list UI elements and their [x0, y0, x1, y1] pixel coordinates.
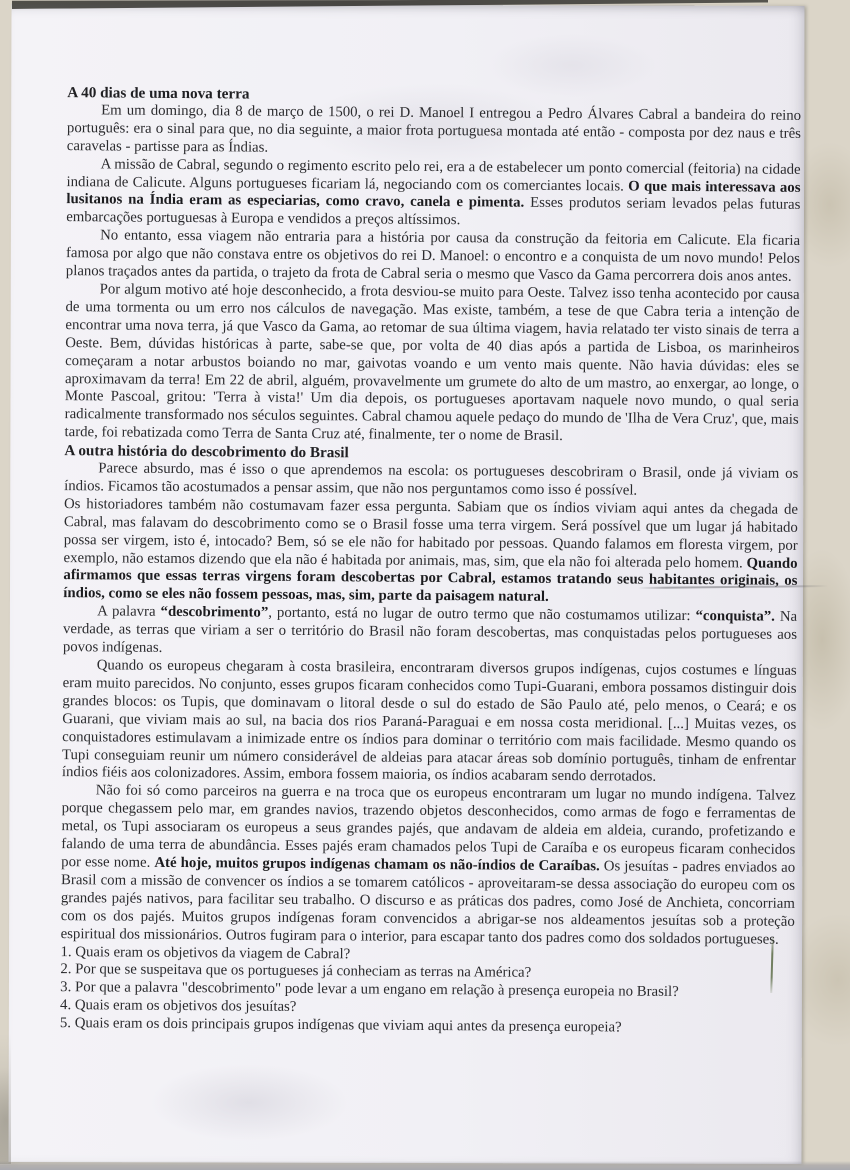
paragraph-grupos-indigenas: Quando os europeus chegaram à costa bras…: [62, 657, 797, 788]
scanner-background: A 40 dias de uma nova terra Em um doming…: [0, 0, 850, 1170]
scanner-bottom-edge: [0, 1161, 850, 1170]
paragraph-pajes-jesuitas: Não foi só como parceiros na guerra e na…: [61, 782, 796, 949]
paragraph-palavra-descobrimento: A palavra “descobrimento”, portanto, est…: [63, 603, 797, 662]
text-run: Quando os europeus chegaram à costa bras…: [62, 657, 797, 785]
document-content: A 40 dias de uma nova terra Em um doming…: [60, 84, 801, 1039]
bold-text-run: “conquista”.: [695, 608, 774, 625]
paragraph-missao-cabral: A missão de Cabral, segundo o regimento …: [66, 156, 801, 233]
question-text: 2. Por que se suspeitava que os portugue…: [60, 961, 531, 981]
question-text: 4. Quais eram os objetivos dos jesuítas?: [60, 997, 296, 1015]
paragraph-domingo: Em um domingo, dia 8 de março de 1500, o…: [67, 102, 801, 161]
heading-text: A outra história do descobrimento do Bra…: [64, 442, 348, 461]
bold-text-run: “descobrimento”: [161, 604, 269, 621]
text-run: Por algum motivo até hoje desconhecido, …: [65, 281, 800, 444]
paragraph-desvio-oeste: Por algum motivo até hoje desconhecido, …: [64, 281, 799, 448]
text-run: Em um domingo, dia 8 de março de 1500, o…: [67, 102, 801, 155]
question-text: 5. Quais eram os dois principais grupos …: [60, 1015, 622, 1035]
scan-corner-smudge: [0, 1034, 11, 1164]
text-run: No entanto, essa viagem não entraria par…: [66, 228, 800, 285]
paragraph-no-entanto: No entanto, essa viagem não entraria par…: [66, 227, 800, 286]
paragraph-historiadores: Os historiadores também não costumavam f…: [63, 496, 798, 609]
document-page: A 40 dias de uma nova terra Em um doming…: [8, 4, 804, 1164]
question-text: 1. Quais eram os objetivos da viagem de …: [60, 944, 350, 962]
bold-text-run: Até hoje, muitos grupos indígenas chamam…: [154, 855, 599, 874]
text-run: , portanto, está no lugar de outro termo…: [268, 605, 695, 624]
paragraph-parece-absurdo: Parece absurdo, mas é isso o que aprende…: [64, 460, 798, 502]
text-run: Os historiadores também não costumavam f…: [64, 496, 799, 571]
text-run: A palavra: [97, 604, 161, 620]
heading-text: A 40 dias de uma nova terra: [67, 84, 249, 102]
text-run: Parece absurdo, mas é isso o que aprende…: [64, 460, 798, 498]
